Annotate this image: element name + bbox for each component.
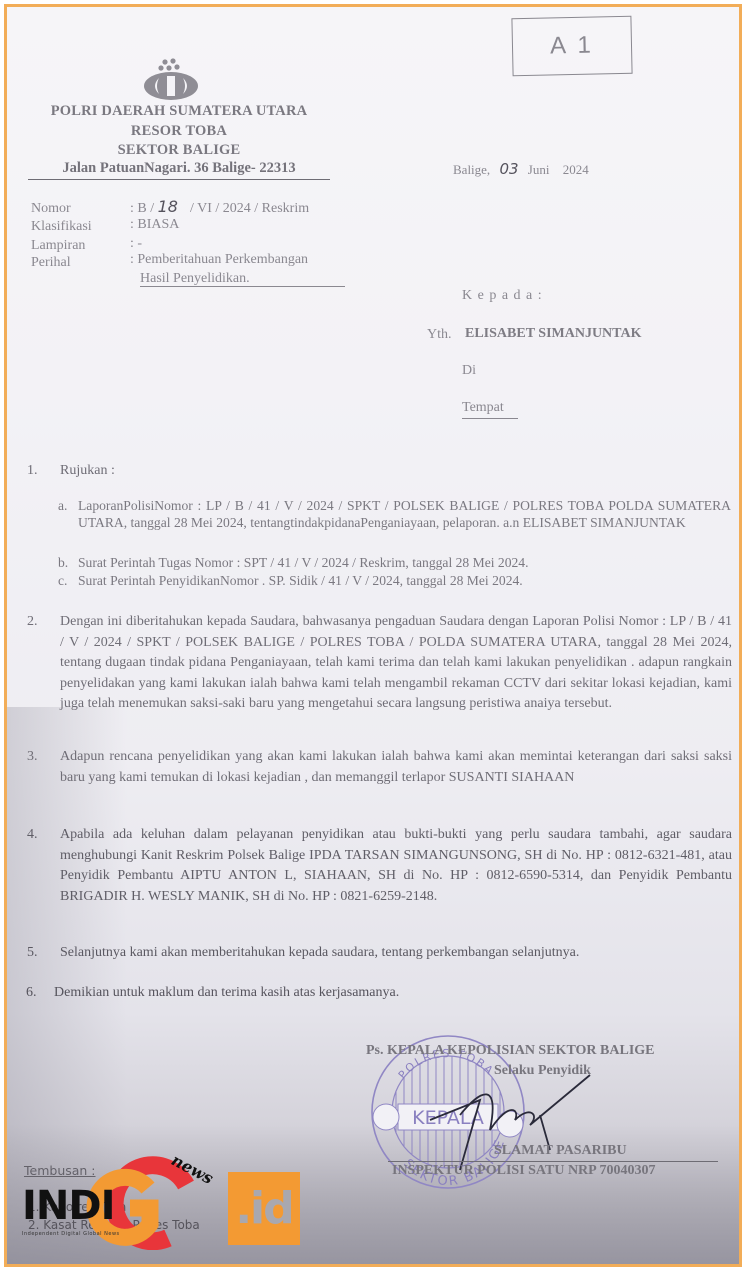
watermark-brand: INDI [22,1183,114,1229]
document-code-box: A 1 [511,16,632,77]
org-line-2: RESOR TOBA [28,123,330,140]
nomor-handwritten: 18 [158,197,178,216]
recipient-name: ELISABET SIMANJUNTAK [465,326,641,342]
nomor-suffix: / VI / 2024 / Reskrim [190,201,309,216]
rujukan-c-text: Surat Perintah PenyidikanNomor . SP. Sid… [78,573,523,588]
paragraph-4-text: Apabila ada keluhan dalam pelayanan peny… [60,827,732,904]
org-line-1: POLRI DAERAH SUMATERA UTARA [28,103,330,120]
paragraph-6: 6. Demikian untuk maklum dan terima kasi… [54,983,726,1004]
paragraph-3-text: Adapun rencana penyelidikan yang akan ka… [60,749,732,785]
org-line-3: SEKTOR BALIGE [28,142,330,159]
paragraph-4: 4. Apabila ada keluhan dalam pelayanan p… [60,825,732,907]
letter-date: Balige, 03 Juni 2024 [453,160,589,179]
handwritten-signature [420,1060,620,1180]
perihal-line-1: : Pemberitahuan Perkembangan [130,252,308,268]
rujukan-item-a: a. LaporanPolisiNomor : LP / B / 41 / V … [78,498,731,531]
paragraph-2-number: 2. [27,612,38,633]
paragraph-3: 3. Adapun rencana penyelidikan yang akan… [60,747,732,788]
nomor-prefix: : B / [130,201,158,216]
watermark-domain: .id [235,1183,292,1234]
kepada-label: K e p a d a : [462,288,543,304]
date-place: Balige, [453,162,490,177]
indigo-news-watermark: news INDI Independent Digital Global New… [18,1150,308,1250]
nomor-label: Nomor [31,201,71,217]
klasifikasi-label: Klasifikasi [31,219,92,235]
watermark-tagline: Independent Digital Global News [22,1231,120,1237]
klasifikasi-value: : BIASA [130,217,179,233]
rujukan-c-label: c. [58,573,67,590]
signatory-name: SLAMAT PASARIBU [494,1143,627,1159]
rujukan-item-b: b. Surat Perintah Tugas Nomor : SPT / 41… [78,555,731,572]
date-year: 2024 [563,162,589,177]
paragraph-3-number: 3. [27,747,38,768]
date-month: Juni [528,162,550,177]
perihal-underline [140,286,345,287]
paragraph-2: 2. Dengan ini diberitahukan kepada Sauda… [60,612,732,715]
rujukan-b-text: Surat Perintah Tugas Nomor : SPT / 41 / … [78,555,529,570]
paragraph-4-number: 4. [27,825,38,846]
nomor-value: : B / 18/ VI / 2024 / Reskrim [130,197,309,217]
lampiran-value: : - [130,236,142,252]
perihal-line-2: Hasil Penyelidikan. [140,271,250,287]
polri-emblem-icon [139,56,203,102]
di-label: Di [462,363,476,379]
paragraph-5-text: Selanjutnya kami akan memberitahukan kep… [60,945,579,960]
paragraph-1-number: 1. [27,461,38,482]
rujukan-title: Rujukan : [60,463,115,478]
signatory-rank: INSPEKTUR POLISI SATU NRP 70040307 [392,1163,655,1179]
rujukan-b-label: b. [58,555,68,572]
tempat-label: Tempat [462,400,504,416]
paragraph-5: 5. Selanjutnya kami akan memberitahukan … [60,943,732,964]
yth-label: Yth. [427,327,452,343]
rujukan-a-text: LaporanPolisiNomor : LP / B / 41 / V / 2… [78,498,731,530]
rujukan-item-c: c. Surat Perintah PenyidikanNomor . SP. … [78,573,731,590]
document-code: A 1 [550,32,594,61]
date-day: 03 [499,160,518,178]
signature-divider [388,1161,718,1162]
paragraph-6-number: 6. [26,983,37,1004]
rujukan-a-label: a. [58,498,67,515]
org-address: Jalan PatuanNagari. 36 Balige- 22313 [28,160,330,180]
perihal-label: Perihal [31,255,71,271]
paragraph-2-text: Dengan ini diberitahukan kepada Saudara,… [60,614,732,711]
watermark-domain-badge: .id [228,1172,300,1245]
paragraph-6-text: Demikian untuk maklum dan terima kasih a… [54,985,399,1000]
signatory-title: Ps. KEPALA KEPOLISIAN SEKTOR BALIGE [366,1043,655,1059]
paragraph-5-number: 5. [27,943,38,964]
lampiran-label: Lampiran [31,238,85,254]
paragraph-1-title: 1. Rujukan : [60,461,460,482]
tempat-underline [462,418,518,419]
